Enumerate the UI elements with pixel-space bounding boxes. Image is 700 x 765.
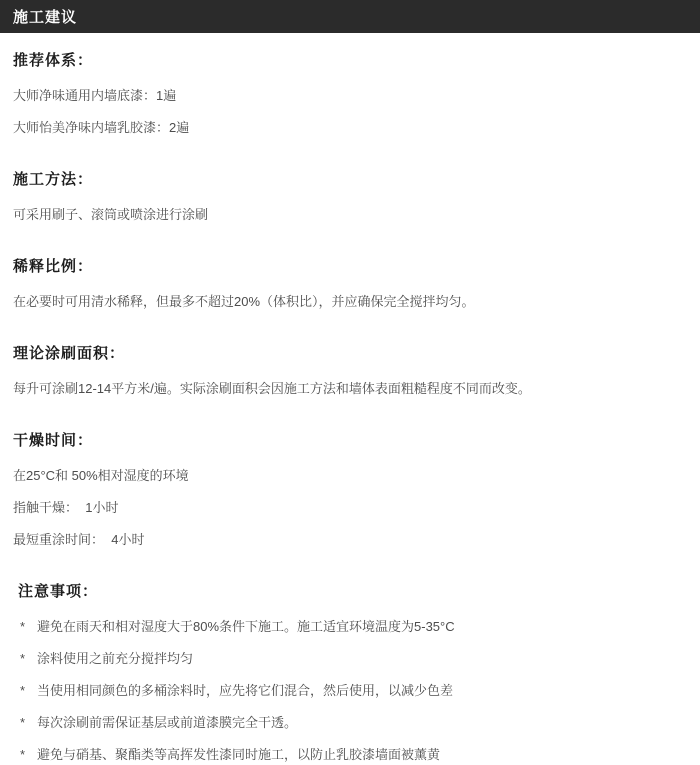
notice-item: * 当使用相同颜色的多桶涂料时，应先将它们混合，然后使用，以减少色差 <box>13 683 684 699</box>
section-heading: 施工方法： <box>13 172 684 188</box>
notice-text: 当使用相同颜色的多桶涂料时，应先将它们混合，然后使用，以减少色差 <box>37 683 453 699</box>
notice-text: 避免与硝基、聚酯类等高挥发性漆同时施工，以防止乳胶漆墙面被薰黄 <box>37 747 440 763</box>
paragraph: 在25°C和 50%相对湿度的环境 <box>13 468 684 484</box>
paragraph: 最短重涂时间： 4小时 <box>13 532 684 548</box>
section-titlebar: 施工建议 <box>0 0 700 33</box>
section-theoretical-coverage: 理论涂刷面积： 每升可涂刷12-14平方米/遍。实际涂刷面积会因施工方法和墙体表… <box>13 346 684 397</box>
content-area: 推荐体系： 大师净味通用内墙底漆：1遍 大师怡美净味内墙乳胶漆：2遍 施工方法：… <box>0 33 700 763</box>
paragraph: 可采用刷子、滚筒或喷涂进行涂刷 <box>13 207 684 223</box>
section-dilution-ratio: 稀释比例： 在必要时可用清水稀释，但最多不超过20%（体积比），并应确保完全搅拌… <box>13 259 684 310</box>
notice-item: * 避免与硝基、聚酯类等高挥发性漆同时施工，以防止乳胶漆墙面被薰黄 <box>13 747 684 763</box>
bullet-marker: * <box>20 715 37 731</box>
bullet-marker: * <box>20 683 37 699</box>
section-heading: 推荐体系： <box>13 53 684 69</box>
paragraph: 大师净味通用内墙底漆：1遍 <box>13 88 684 104</box>
section-recommended-system: 推荐体系： 大师净味通用内墙底漆：1遍 大师怡美净味内墙乳胶漆：2遍 <box>13 53 684 136</box>
bullet-marker: * <box>20 747 37 763</box>
paragraph: 指触干燥： 1小时 <box>13 500 684 516</box>
notice-item: * 涂料使用之前充分搅拌均匀 <box>13 651 684 667</box>
paragraph: 每升可涂刷12-14平方米/遍。实际涂刷面积会因施工方法和墙体表面粗糙程度不同而… <box>13 381 684 397</box>
notice-item: * 每次涂刷前需保证基层或前道漆膜完全干透。 <box>13 715 684 731</box>
notice-text: 避免在雨天和相对湿度大于80%条件下施工。施工适宜环境温度为5-35°C <box>37 619 455 635</box>
section-heading: 注意事项： <box>18 584 684 600</box>
paragraph: 在必要时可用清水稀释，但最多不超过20%（体积比），并应确保完全搅拌均匀。 <box>13 294 684 310</box>
section-heading: 稀释比例： <box>13 259 684 275</box>
section-drying-time: 干燥时间： 在25°C和 50%相对湿度的环境 指触干燥： 1小时 最短重涂时间… <box>13 433 684 548</box>
section-heading: 理论涂刷面积： <box>13 346 684 362</box>
page-title: 施工建议 <box>13 6 77 27</box>
bullet-marker: * <box>20 651 37 667</box>
section-application-method: 施工方法： 可采用刷子、滚筒或喷涂进行涂刷 <box>13 172 684 223</box>
notice-text: 每次涂刷前需保证基层或前道漆膜完全干透。 <box>37 715 297 731</box>
notice-text: 涂料使用之前充分搅拌均匀 <box>37 651 193 667</box>
section-notices: 注意事项： * 避免在雨天和相对湿度大于80%条件下施工。施工适宜环境温度为5-… <box>13 584 684 763</box>
bullet-marker: * <box>20 619 37 635</box>
paragraph: 大师怡美净味内墙乳胶漆：2遍 <box>13 120 684 136</box>
notice-item: * 避免在雨天和相对湿度大于80%条件下施工。施工适宜环境温度为5-35°C <box>13 619 684 635</box>
section-heading: 干燥时间： <box>13 433 684 449</box>
